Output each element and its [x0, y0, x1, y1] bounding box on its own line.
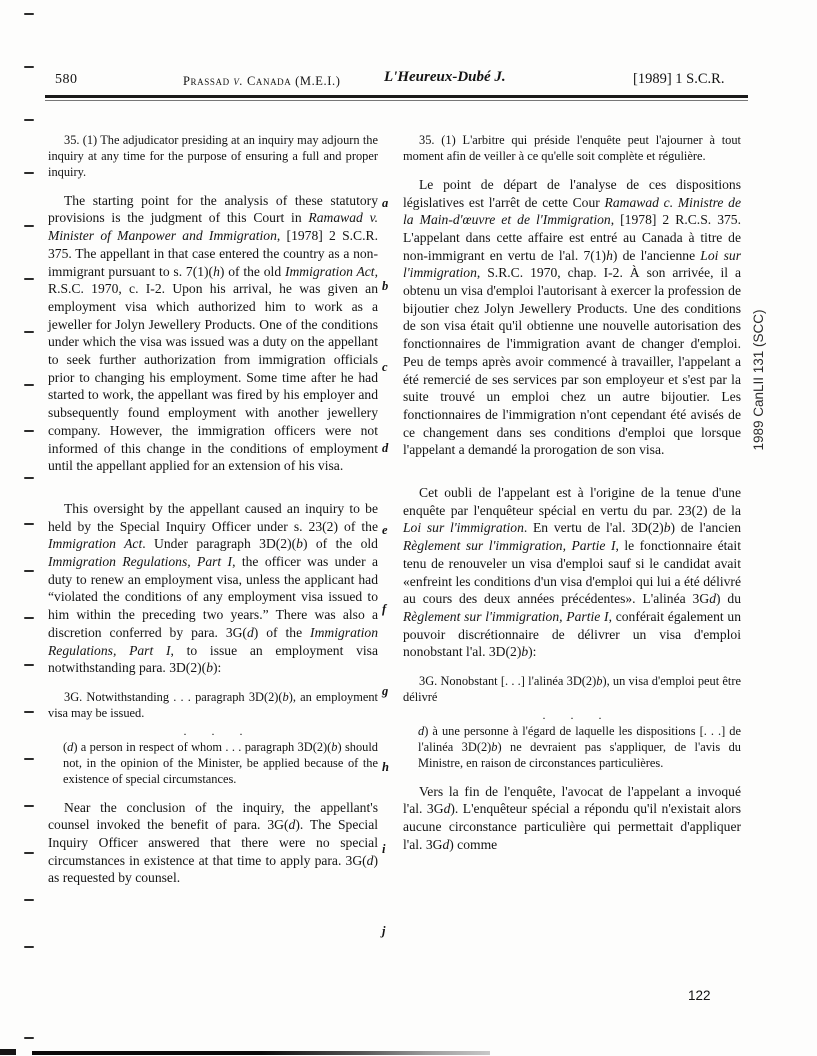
- binding-mark: [24, 278, 34, 280]
- gutter-letter-i: i: [382, 842, 396, 857]
- binding-mark: [24, 899, 34, 901]
- binding-mark: [24, 805, 34, 807]
- binding-mark: [24, 1037, 34, 1039]
- header-citation: [1989] 1 S.C.R.: [633, 71, 724, 88]
- canlii-citation-watermark: 1989 CanLII 131 (SCC): [751, 280, 769, 480]
- paragraph-fr-3: Vers la fin de l'enquête, l'avocat de l'…: [403, 783, 741, 854]
- regulation-subquote-fr: d) à une personne à l'égard de laquelle …: [418, 724, 741, 772]
- binding-mark: [24, 758, 34, 760]
- binding-mark: [24, 384, 34, 386]
- paragraph-en-3: Near the conclusion of the inquiry, the …: [48, 799, 378, 888]
- regulation-subquote-en: (d) a person in respect of whom . . . pa…: [63, 740, 378, 788]
- binding-mark: [24, 570, 34, 572]
- header-rule-shadow: [45, 100, 748, 101]
- header-case-name: Prassad v. Canada (M.E.I.): [183, 74, 341, 89]
- gutter-letter-g: g: [382, 684, 396, 699]
- header-judge-name: L'Heureux-Dubé J.: [384, 69, 506, 86]
- scan-artifact-blob: [0, 1049, 16, 1055]
- binding-mark: [24, 477, 34, 479]
- gutter-letter-j: j: [382, 924, 396, 939]
- binding-mark: [24, 225, 34, 227]
- statute-quote-en: 35. (1) The adjudicator presiding at an …: [48, 133, 378, 181]
- header-page-number: 580: [55, 72, 78, 88]
- french-column: 35. (1) L'arbitre qui préside l'enquête …: [403, 133, 741, 853]
- gutter-letter-f: f: [382, 602, 396, 617]
- scan-artifact-bar: [32, 1051, 490, 1055]
- regulation-quote-fr: 3G. Nonobstant [. . .] l'alinéa 3D(2)b),…: [403, 674, 741, 706]
- binding-mark: [24, 946, 34, 948]
- gutter-letter-b: b: [382, 279, 396, 294]
- binding-mark: [24, 13, 34, 15]
- binding-mark: [24, 66, 34, 68]
- gutter-letter-c: c: [382, 360, 396, 375]
- binding-mark: [24, 172, 34, 174]
- statute-quote-fr: 35. (1) L'arbitre qui préside l'enquête …: [403, 133, 741, 165]
- binding-mark: [24, 523, 34, 525]
- gutter-letter-e: e: [382, 523, 396, 538]
- header-rule: [45, 95, 748, 98]
- binding-mark: [24, 430, 34, 432]
- binding-mark: [24, 711, 34, 713]
- footer-page-number: 122: [688, 988, 711, 1003]
- binding-mark: [24, 617, 34, 619]
- paragraph-en-1: The starting point for the analysis of t…: [48, 192, 378, 475]
- ellipsis-separator-fr: . . .: [403, 709, 741, 721]
- binding-mark: [24, 664, 34, 666]
- paragraph-en-2: This oversight by the appellant caused a…: [48, 500, 378, 677]
- paragraph-fr-2: Cet oubli de l'appelant est à l'origine …: [403, 484, 741, 661]
- binding-mark: [24, 852, 34, 854]
- binding-mark: [24, 119, 34, 121]
- gutter-letter-h: h: [382, 760, 396, 775]
- gutter-letter-a: a: [382, 196, 396, 211]
- gutter-letter-d: d: [382, 441, 396, 456]
- english-column: 35. (1) The adjudicator presiding at an …: [48, 133, 378, 887]
- scanned-law-report-page: 580 Prassad v. Canada (M.E.I.) L'Heureux…: [0, 0, 817, 1056]
- binding-mark: [24, 331, 34, 333]
- regulation-quote-en: 3G. Notwithstanding . . . paragraph 3D(2…: [48, 690, 378, 722]
- paragraph-fr-1: Le point de départ de l'analyse de ces d…: [403, 176, 741, 459]
- ellipsis-separator-en: . . .: [48, 725, 378, 737]
